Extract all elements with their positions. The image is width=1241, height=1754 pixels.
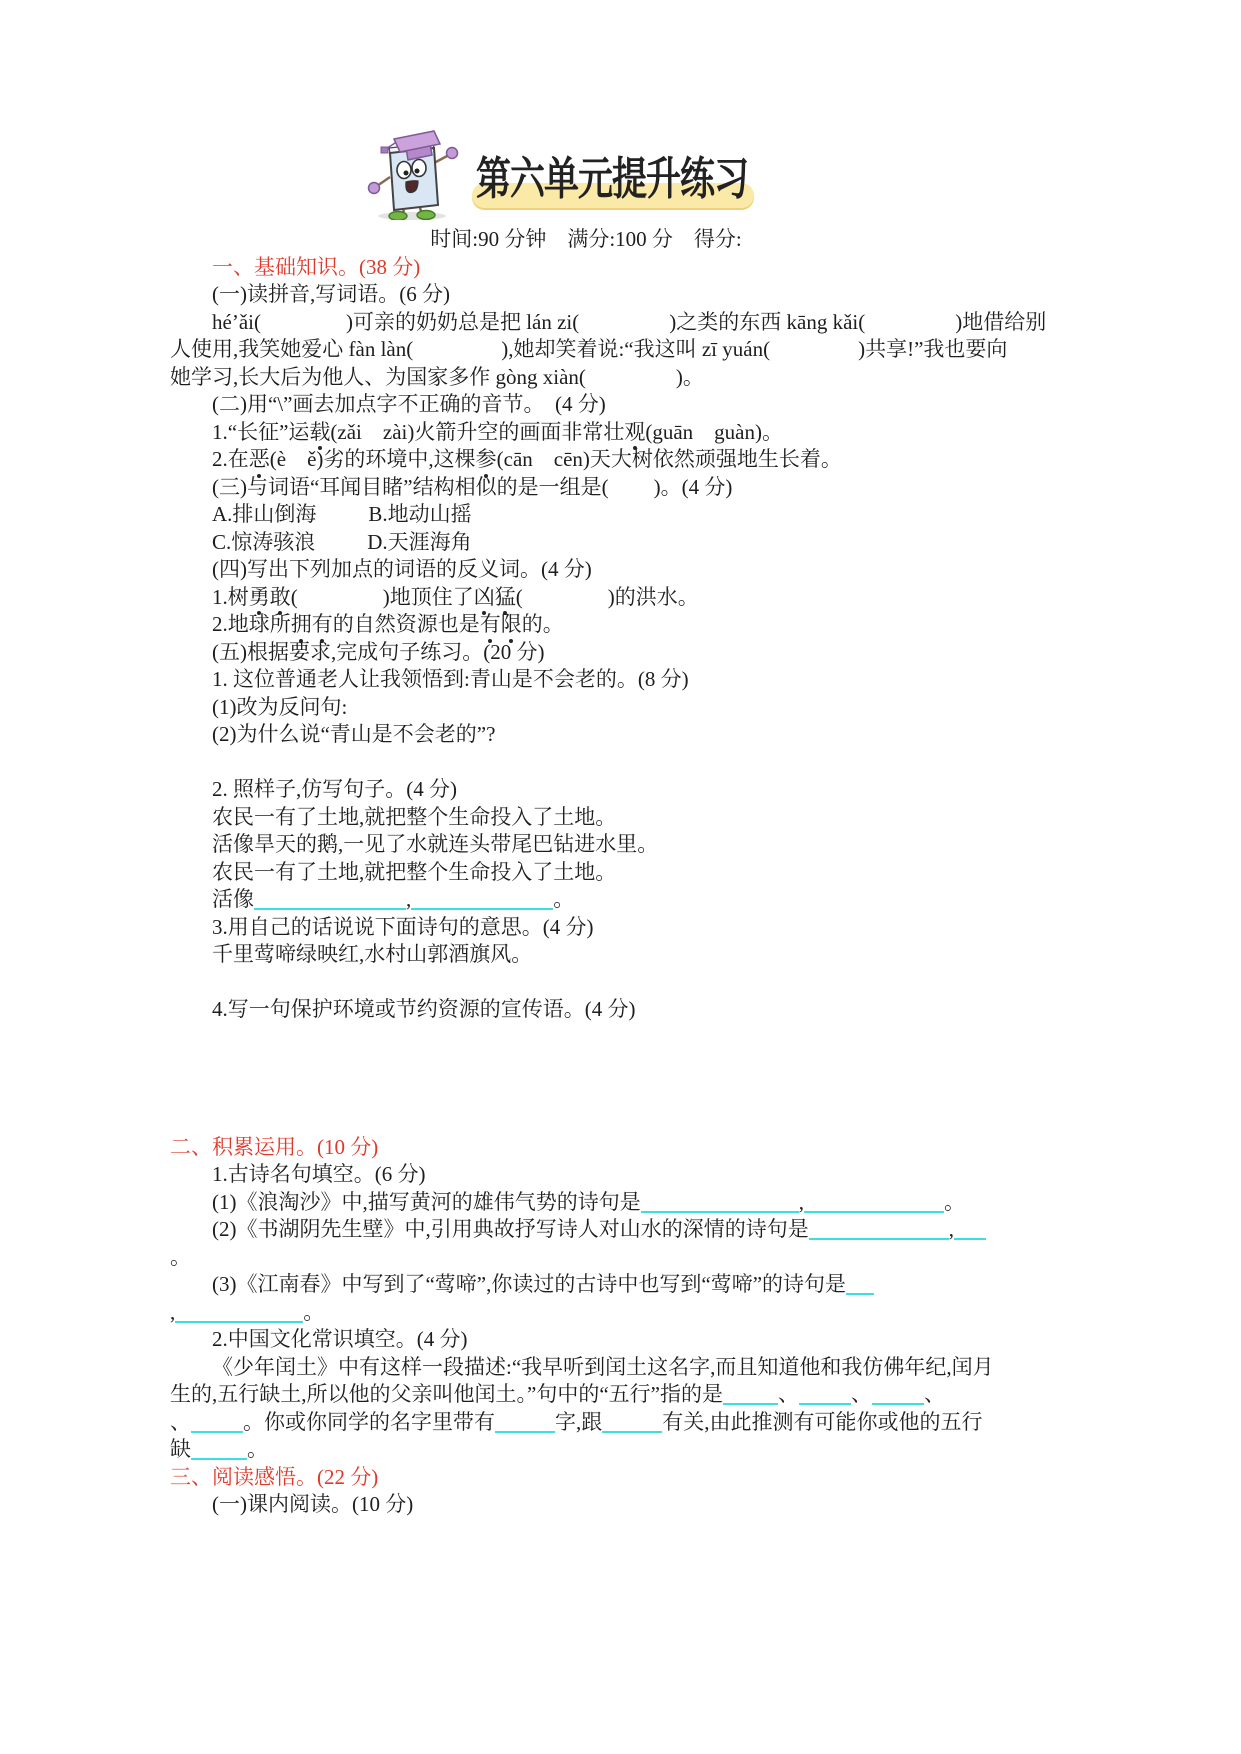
- emphasized-char: 敢: [270, 584, 291, 612]
- q1-5-item-3: 3.用自己的话说说下面诗句的意思。(4 分): [170, 914, 1072, 942]
- q1-5-item-2-example-1: 农民一有了土地,就把整个生命投入了土地。: [170, 804, 1072, 832]
- paren-answer-space: [865, 327, 955, 329]
- q1-5-item-1: 1. 这位普通老人让我领悟到:青山是不会老的。(8 分): [170, 666, 1072, 694]
- q2-1-item-2-cont: 。: [170, 1244, 1072, 1272]
- q2-1-item-3-cont: ,。: [170, 1299, 1072, 1327]
- answer-blank[interactable]: [191, 1440, 247, 1460]
- answer-blank[interactable]: [954, 1220, 986, 1240]
- section-2-heading: 二、积累运用。(10 分): [170, 1134, 1072, 1162]
- paren-answer-space: [523, 602, 608, 604]
- q1-1-text-line-1: hé’ǎi()可亲的奶奶总是把 lán zi()之类的东西 kāng kǎi()…: [170, 309, 1072, 337]
- q1-5-item-4: 4.写一句保护环境或节约资源的宣传语。(4 分): [170, 996, 1072, 1024]
- answer-blank[interactable]: [175, 1303, 303, 1323]
- emphasized-char: 载: [309, 419, 330, 447]
- answer-blank[interactable]: [495, 1413, 555, 1433]
- q2-1-item-2: (2)《书湖阴先生壁》中,引用典故抒写诗人对山水的深情的诗句是,: [170, 1216, 1072, 1244]
- q1-2-item-1: 1.“长征”运载(zǎi zài)火箭升空的画面非常壮观(guān guàn)。: [170, 419, 1072, 447]
- emphasized-char: 限: [501, 611, 522, 639]
- q1-2-item-2: 2.在恶(è ě)劣的环境中,这棵参(cān cēn)天大树依然顽强地生长着。: [170, 446, 1072, 474]
- q1-4-item-1: 1.树勇敢()地顶住了凶猛()的洪水。: [170, 584, 1072, 612]
- q2-1-item-3: (3)《江南春》中写到了“莺啼”,你读过的古诗中也写到“莺啼”的诗句是: [170, 1271, 1072, 1299]
- paren-answer-space: [579, 327, 669, 329]
- paren-answer-space: [316, 519, 368, 521]
- answer-blank[interactable]: [804, 1193, 944, 1213]
- q1-1-instruction: (一)读拼音,写词语。(6 分): [170, 281, 1072, 309]
- emphasized-char: 凶: [474, 584, 495, 612]
- emphasized-char: 猛: [495, 584, 516, 612]
- q2-2-text-line-4: 缺。: [170, 1436, 1072, 1464]
- q1-4-instruction: (四)写出下列加点的词语的反义词。(4 分): [170, 556, 1072, 584]
- emphasized-char: 恶: [249, 446, 270, 474]
- document-body: 时间:90 分钟 满分:100 分 得分:一、基础知识。(38 分)(一)读拼音…: [170, 226, 1072, 1519]
- paren-answer-space: [770, 354, 858, 356]
- worksheet-page: 第六单元提升练习 时间:90 分钟 满分:100 分 得分:一、基础知识。(38…: [0, 0, 1241, 1754]
- q1-5-item-1-sub-2: (2)为什么说“青山是不会老的”?: [170, 721, 1072, 749]
- section-1-heading: 一、基础知识。(38 分): [170, 254, 1072, 282]
- emphasized-char: 参: [476, 446, 497, 474]
- spacer: [170, 1079, 1072, 1107]
- q1-5-item-3-verse: 千里莺啼绿映红,水村山郭酒旗风。: [170, 941, 1072, 969]
- q3-1-instruction: (一)课内阅读。(10 分): [170, 1491, 1072, 1519]
- book-mascot-icon: [350, 125, 470, 220]
- paren-answer-space: [315, 547, 367, 549]
- answer-blank[interactable]: [799, 1385, 851, 1405]
- q1-1-text-line-2: 人使用,我笑她爱心 fàn làn(),她却笑着说:“我这叫 zī yuán()…: [170, 336, 1072, 364]
- answer-blank[interactable]: [254, 890, 406, 910]
- answer-blank[interactable]: [191, 1413, 243, 1433]
- emphasized-char: 有: [480, 611, 501, 639]
- spacer: [170, 1106, 1072, 1134]
- q1-2-instruction: (二)用“\”画去加点字不正确的音节。 (4 分): [170, 391, 1072, 419]
- q2-2-text-line-2: 生的,五行缺土,所以他的父亲叫他闰土。”句中的“五行”指的是、、、: [170, 1381, 1072, 1409]
- emphasized-char: 观: [624, 419, 645, 447]
- q2-1-instruction: 1.古诗名句填空。(6 分): [170, 1161, 1072, 1189]
- spacer: [170, 1051, 1072, 1079]
- q1-5-item-2-example-2: 活像旱天的鹅,一见了水就连头带尾巴钻进水里。: [170, 831, 1072, 859]
- q1-3-options-cd: C.惊涛骇浪D.天涯海角: [170, 529, 1072, 557]
- q1-4-item-2: 2.地球所拥有的自然资源也是有限的。: [170, 611, 1072, 639]
- q1-5-item-2-answer: 活像,。: [170, 886, 1072, 914]
- q2-2-text-line-1: 《少年闰土》中有这样一段描述:“我早听到闰土这名字,而且知道他和我仿佛年纪,闰月: [170, 1354, 1072, 1382]
- exam-meta: 时间:90 分钟 满分:100 分 得分:: [170, 226, 1072, 254]
- answer-blank[interactable]: [723, 1385, 778, 1405]
- paren-answer-space: [298, 602, 383, 604]
- spacer: [170, 1024, 1072, 1052]
- q2-2-text-line-3: 、。你或你同学的名字里带有字,跟有关,由此推测有可能你或他的五行: [170, 1409, 1072, 1437]
- q1-3-options-ab: A.排山倒海B.地动山摇: [170, 501, 1072, 529]
- answer-blank[interactable]: [641, 1193, 799, 1213]
- answer-blank[interactable]: [602, 1413, 662, 1433]
- page-title: 第六单元提升练习: [462, 142, 762, 211]
- emphasized-char: 拥: [291, 611, 312, 639]
- paren-answer-space: [261, 327, 346, 329]
- q1-5-item-2: 2. 照样子,仿写句子。(4 分): [170, 776, 1072, 804]
- q2-2-instruction: 2.中国文化常识填空。(4 分): [170, 1326, 1072, 1354]
- section-3-heading: 三、阅读感悟。(22 分): [170, 1464, 1072, 1492]
- paren-answer-space: [413, 354, 501, 356]
- q1-5-item-2-stem: 农民一有了土地,就把整个生命投入了土地。: [170, 859, 1072, 887]
- answer-blank[interactable]: [846, 1275, 874, 1295]
- spacer: [170, 969, 1072, 997]
- emphasized-char: 勇: [249, 584, 270, 612]
- answer-blank[interactable]: [872, 1385, 924, 1405]
- q1-5-instruction: (五)根据要求,完成句子练习。(20 分): [170, 639, 1072, 667]
- paren-answer-space: [609, 492, 654, 494]
- paren-answer-space: [586, 382, 676, 384]
- answer-blank[interactable]: [809, 1220, 949, 1240]
- q2-1-item-1: (1)《浪淘沙》中,描写黄河的雄伟气势的诗句是,。: [170, 1189, 1072, 1217]
- answer-blank[interactable]: [411, 890, 553, 910]
- q1-3-instruction: (三)与词语“耳闻目睹”结构相似的是一组是()。(4 分): [170, 474, 1072, 502]
- spacer: [170, 749, 1072, 777]
- q1-5-item-1-sub-1: (1)改为反问句:: [170, 694, 1072, 722]
- q1-1-text-line-3: 她学习,长大后为他人、为国家多作 gòng xiàn()。: [170, 364, 1072, 392]
- emphasized-char: 有: [312, 611, 333, 639]
